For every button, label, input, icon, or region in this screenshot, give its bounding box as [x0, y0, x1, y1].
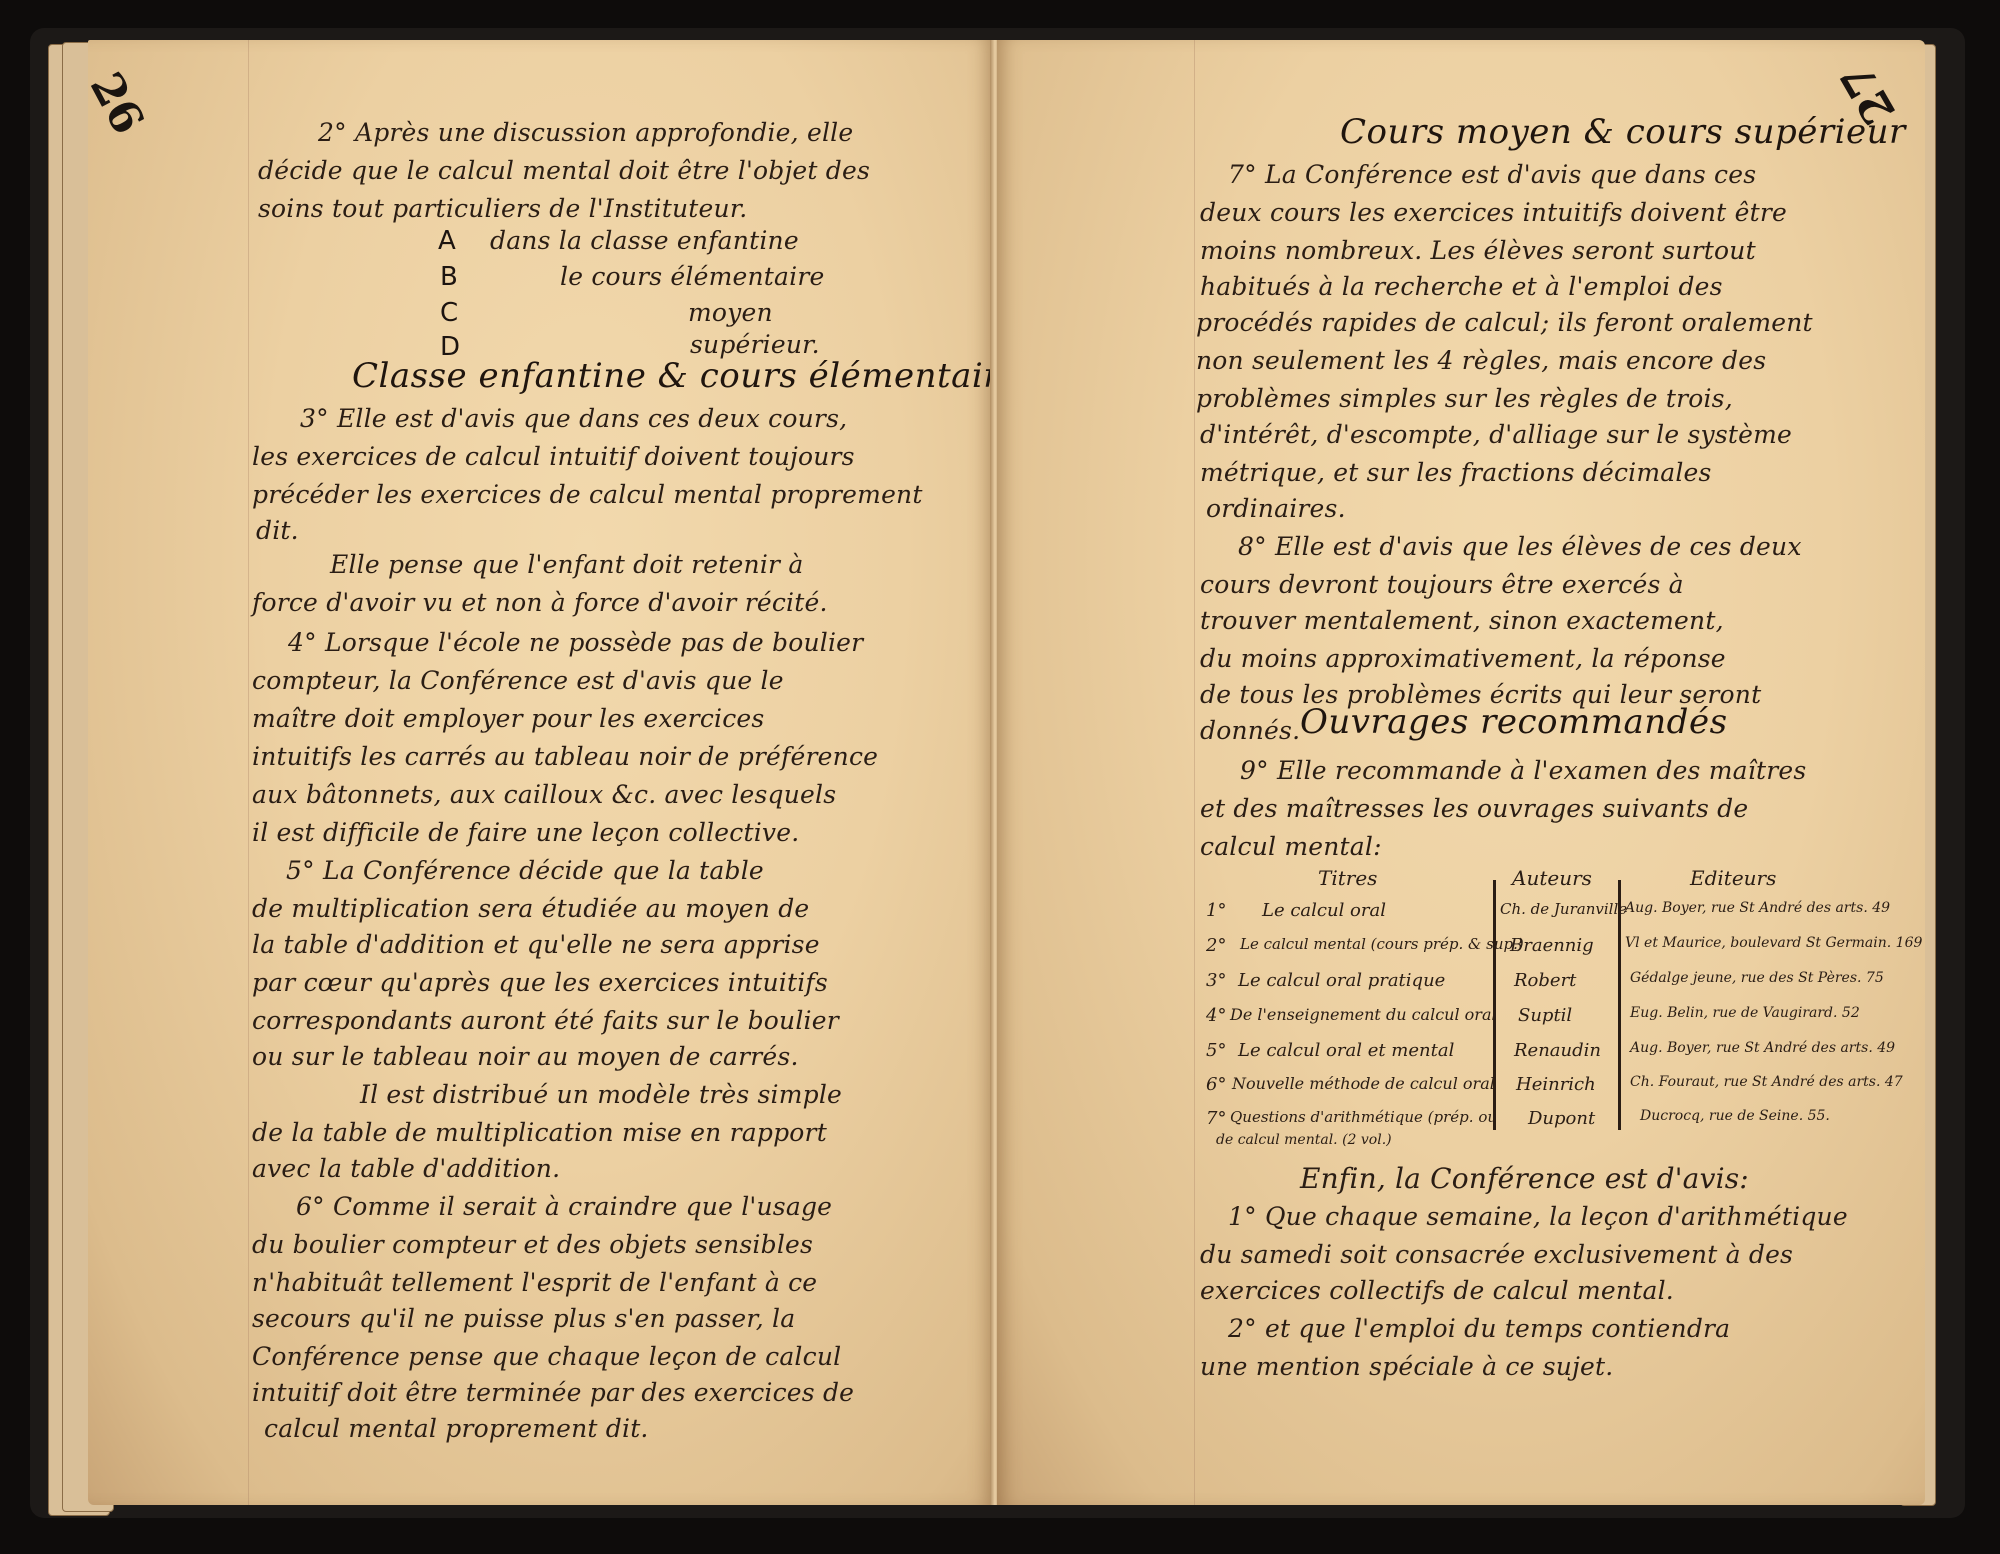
text-line: métrique, et sur les fractions décimales	[1200, 458, 1712, 487]
text-line: du boulier compteur et des objets sensib…	[252, 1230, 813, 1259]
section-heading: Ouvrages recommandés	[1300, 702, 1728, 742]
text-line: ou sur le tableau noir au moyen de carré…	[252, 1042, 799, 1071]
book-publisher: Aug. Boyer, rue St André des arts. 49	[1625, 900, 1890, 916]
text-line: précéder les exercices de calcul mental …	[252, 480, 923, 509]
book-author: Ch. de Juranville	[1500, 900, 1627, 918]
row-number: 2°	[1206, 935, 1226, 956]
text-line: 2° Après une discussion approfondie, ell…	[318, 118, 853, 147]
list-item: le cours élémentaire	[560, 262, 825, 291]
text-line: 8° Elle est d'avis que les élèves de ces…	[1238, 532, 1802, 561]
book-publisher: Gédalge jeune, rue des St Pères. 75	[1630, 970, 1884, 986]
text-line: la table d'addition et qu'elle ne sera a…	[252, 930, 820, 959]
text-line: 9° Elle recommande à l'examen des maître…	[1240, 756, 1806, 785]
text-line: soins tout particuliers de l'Instituteur…	[258, 194, 747, 223]
text-line: aux bâtonnets, aux cailloux &c. avec les…	[252, 780, 836, 809]
text-line: du samedi soit consacrée exclusivement à…	[1200, 1240, 1793, 1269]
text-line: ordinaires.	[1206, 494, 1346, 523]
text-line: Elle pense que l'enfant doit retenir à	[330, 550, 803, 579]
text-line: 1° Que chaque semaine, la leçon d'arithm…	[1228, 1202, 1848, 1231]
text-line: 6° Comme il serait à craindre que l'usag…	[296, 1192, 832, 1221]
text-line: avec la table d'addition.	[252, 1154, 560, 1183]
text-line: non seulement les 4 règles, mais encore …	[1196, 346, 1766, 375]
text-line: et des maîtresses les ouvrages suivants …	[1200, 794, 1748, 823]
row-number: 3°	[1206, 970, 1226, 991]
text-line: de la table de multiplication mise en ra…	[252, 1118, 827, 1147]
text-line: moins nombreux. Les élèves seront surtou…	[1200, 236, 1756, 265]
row-number: 6°	[1206, 1074, 1226, 1095]
text-line: secours qu'il ne puisse plus s'en passer…	[252, 1304, 795, 1333]
list-item: moyen	[688, 298, 773, 327]
book-author: Braennig	[1510, 935, 1594, 956]
text-line: 7° La Conférence est d'avis que dans ces	[1228, 160, 1756, 189]
text-line: donnés.	[1200, 716, 1300, 745]
book-title: Questions d'arithmétique (prép. ou	[1230, 1108, 1497, 1126]
text-line: exercices collectifs de calcul mental.	[1200, 1276, 1674, 1305]
text-line: décide que le calcul mental doit être l'…	[258, 156, 870, 185]
list-item: dans la classe enfantine	[490, 226, 799, 255]
table-header-titles: Titres	[1318, 866, 1377, 890]
text-line: il est difficile de faire une leçon coll…	[252, 818, 799, 847]
row-number: 5°	[1206, 1040, 1226, 1061]
row-number: 7°	[1206, 1108, 1226, 1129]
text-line: deux cours les exercices intuitifs doive…	[1200, 198, 1787, 227]
text-line: Enfin, la Conférence est d'avis:	[1300, 1162, 1749, 1195]
book-publisher: Ducrocq, rue de Seine. 55.	[1640, 1108, 1830, 1124]
text-line: procédés rapides de calcul; ils feront o…	[1196, 308, 1813, 337]
book-title: Le calcul mental (cours prép. & sup.)	[1240, 935, 1524, 953]
margin-line	[248, 40, 249, 1505]
book-title: De l'enseignement du calcul oral	[1230, 1005, 1497, 1024]
list-letter: C	[440, 298, 458, 328]
text-line: compteur, la Conférence est d'avis que l…	[252, 666, 784, 695]
section-heading: Classe enfantine & cours élémentaire	[352, 356, 1021, 396]
text-line: dit.	[256, 516, 299, 545]
book-publisher: Vl et Maurice, boulevard St Germain. 169	[1625, 935, 1922, 951]
margin-line	[1194, 40, 1195, 1505]
text-line: problèmes simples sur les règles de troi…	[1196, 384, 1733, 413]
section-heading: Cours moyen & cours supérieur	[1340, 112, 1906, 152]
list-letter: B	[440, 262, 458, 292]
text-line: n'habituât tellement l'esprit de l'enfan…	[252, 1268, 817, 1297]
text-line: d'intérêt, d'escompte, d'alliage sur le …	[1200, 420, 1792, 449]
text-line: Conférence pense que chaque leçon de cal…	[252, 1342, 841, 1371]
book-publisher: Aug. Boyer, rue St André des arts. 49	[1630, 1040, 1895, 1056]
book-author: Heinrich	[1516, 1074, 1596, 1095]
book-publisher: Ch. Fouraut, rue St André des arts. 47	[1630, 1074, 1903, 1090]
text-line: habitués à la recherche et à l'emploi de…	[1200, 272, 1723, 301]
text-line: intuitifs les carrés au tableau noir de …	[252, 742, 878, 771]
text-line: 2° et que l'emploi du temps contiendra	[1228, 1314, 1730, 1343]
book-title: Le calcul oral et mental	[1238, 1040, 1454, 1061]
table-header-authors: Auteurs	[1512, 866, 1592, 890]
text-line: une mention spéciale à ce sujet.	[1200, 1352, 1613, 1381]
text-line: 4° Lorsque l'école ne possède pas de bou…	[288, 628, 863, 657]
text-line: trouver mentalement, sinon exactement,	[1200, 606, 1724, 635]
list-letter: A	[438, 226, 456, 256]
text-line: de multiplication sera étudiée au moyen …	[252, 894, 809, 923]
list-item: supérieur.	[690, 330, 820, 359]
text-line: calcul mental:	[1200, 832, 1382, 861]
text-line: correspondants auront été faits sur le b…	[252, 1006, 839, 1035]
table-header-publishers: Editeurs	[1690, 866, 1776, 890]
book-author: Robert	[1514, 970, 1576, 991]
text-line: maître doit employer pour les exercices	[252, 704, 764, 733]
text-line: intuitif doit être terminée par des exer…	[252, 1378, 854, 1407]
text-line: par cœur qu'après que les exercices intu…	[252, 968, 828, 997]
book-author: Dupont	[1528, 1108, 1595, 1129]
book-title-continued: de calcul mental. (2 vol.)	[1216, 1132, 1392, 1148]
book-author: Renaudin	[1514, 1040, 1601, 1061]
book-publisher: Eug. Belin, rue de Vaugirard. 52	[1630, 1005, 1860, 1021]
book-title: Le calcul oral	[1262, 900, 1386, 921]
book-title: Nouvelle méthode de calcul oral	[1232, 1074, 1495, 1093]
text-line: 3° Elle est d'avis que dans ces deux cou…	[300, 404, 847, 433]
row-number: 1°	[1206, 900, 1226, 921]
text-line: 5° La Conférence décide que la table	[286, 856, 764, 885]
text-line: les exercices de calcul intuitif doivent…	[252, 442, 855, 471]
book-author: Suptil	[1518, 1005, 1572, 1026]
text-line: calcul mental proprement dit.	[264, 1414, 649, 1443]
row-number: 4°	[1206, 1005, 1226, 1026]
text-line: force d'avoir vu et non à force d'avoir …	[252, 588, 828, 617]
book-title: Le calcul oral pratique	[1238, 970, 1445, 991]
text-line: cours devront toujours être exercés à	[1200, 570, 1684, 599]
text-line: Il est distribué un modèle très simple	[360, 1080, 842, 1109]
text-line: du moins approximativement, la réponse	[1200, 644, 1726, 673]
